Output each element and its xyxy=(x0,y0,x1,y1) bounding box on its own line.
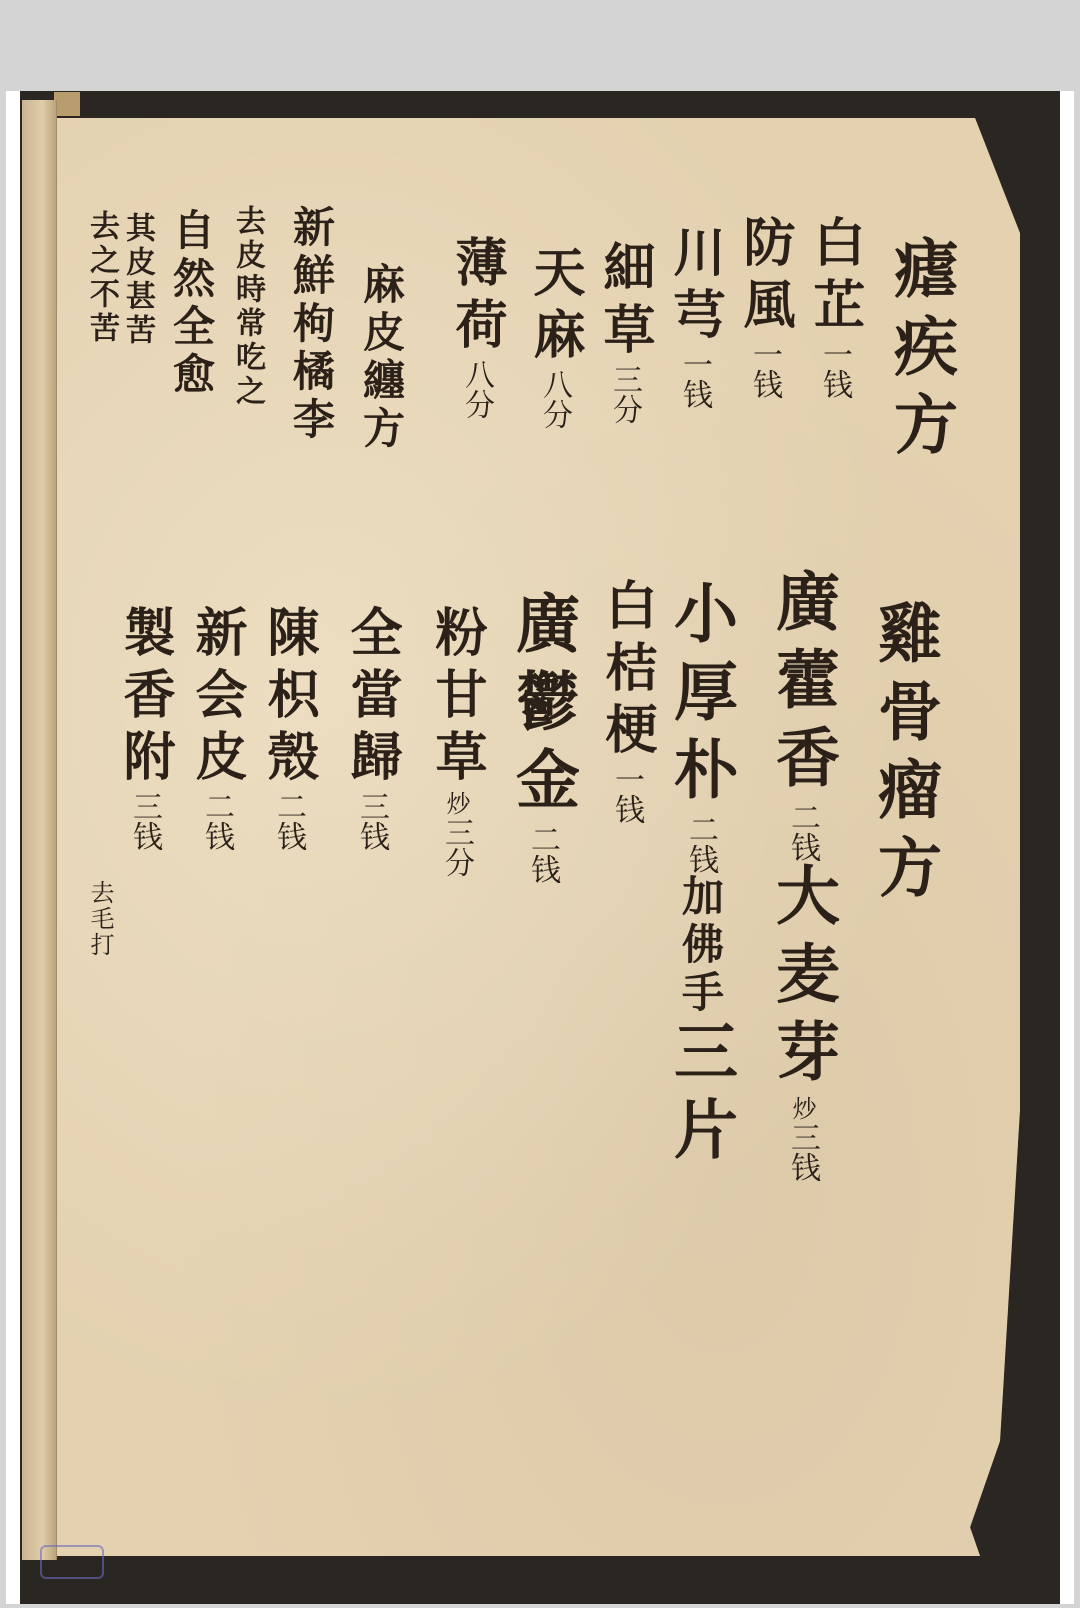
herb-name: 小厚朴 xyxy=(663,580,738,814)
herb-dose: 二钱 xyxy=(199,791,234,851)
herb-extra: 加佛手 xyxy=(676,874,725,1018)
herb-upper-4: 細草三分 xyxy=(598,240,650,424)
herb-dose: 一钱 xyxy=(747,339,782,399)
herb-upper-2: 防風一钱 xyxy=(738,215,790,399)
herb-dose: 三钱 xyxy=(127,791,162,851)
herb-dose: 一钱 xyxy=(677,349,712,409)
herb-dose: 三钱 xyxy=(354,791,389,851)
herb-dose: 二钱 xyxy=(683,814,718,874)
herb-name: 川芎 xyxy=(664,225,725,349)
herb-name: 廣藿香 xyxy=(765,568,840,802)
herb-name: 陳枳殼 xyxy=(258,605,319,791)
herb-name: 製香附 xyxy=(114,605,175,791)
herb-note: 炒 xyxy=(442,791,470,817)
herb-lower-5: 粉甘草炒三分 xyxy=(430,605,482,877)
herb-name: 新会皮 xyxy=(186,605,247,791)
section-title-malaria: 瘧疾方 xyxy=(888,235,952,469)
herb-lower-6: 全當歸三钱 xyxy=(345,605,397,851)
herb-note: 炒 xyxy=(788,1096,816,1122)
binding-tab xyxy=(54,92,80,116)
herb-name: 粉甘草 xyxy=(426,605,487,791)
herb-lower-2: 小厚朴二钱加佛手三片 xyxy=(668,580,732,1174)
herb-dose: 二钱 xyxy=(271,791,306,851)
section-title-hemp: 麻皮纏方 xyxy=(360,262,402,454)
herb-upper-3: 川芎一钱 xyxy=(668,225,720,409)
section-title-chicken-bone: 雞骨瘤方 xyxy=(872,600,936,912)
herb-name: 細草 xyxy=(594,240,655,364)
herb-lower-8: 新会皮二钱 xyxy=(190,605,242,851)
instruction-line-5: 去之不苦 xyxy=(86,210,116,346)
herb-dose: 八分 xyxy=(537,369,572,429)
herb-name: 天麻 xyxy=(524,245,585,369)
instruction-line-1: 新鮮枸橘李 xyxy=(290,205,332,445)
herb-dose: 二钱 xyxy=(785,802,820,862)
herb-dose: 一钱 xyxy=(609,764,644,824)
herb-name: 廣鬱金 xyxy=(505,590,580,824)
herb-name: 防風 xyxy=(734,215,795,339)
herb-lower-7: 陳枳殼二钱 xyxy=(262,605,314,851)
herb-lower-3: 白桔梗一钱 xyxy=(600,578,652,824)
instruction-line-4: 其皮甚苦 xyxy=(122,212,152,348)
herb-extra-dose: 三钱 xyxy=(785,1122,820,1182)
herb-dose: 八分 xyxy=(459,359,494,419)
instruction-line-2: 去皮時常吃之 xyxy=(232,205,262,409)
herb-lower-1: 廣藿香二钱大麦芽炒三钱 xyxy=(770,568,834,1182)
herb-lower-9-note: 去毛打 xyxy=(88,880,112,958)
herb-extra: 大麦芽 xyxy=(765,862,840,1096)
herb-lower-9: 製香附三钱 xyxy=(118,605,170,851)
herb-extra-dose: 三片 xyxy=(663,1018,738,1174)
herb-lower-4: 廣鬱金二钱 xyxy=(510,590,574,884)
herb-name: 全當歸 xyxy=(341,605,402,791)
herb-dose: 三分 xyxy=(439,817,474,877)
herb-upper-5: 天麻八分 xyxy=(528,245,580,429)
herb-upper-6: 薄荷八分 xyxy=(450,235,502,419)
herb-name: 白芷 xyxy=(804,215,865,339)
herb-dose: 三分 xyxy=(607,364,642,424)
book-spine xyxy=(22,100,57,1560)
herb-dose: 二钱 xyxy=(525,824,560,884)
herb-name: 薄荷 xyxy=(446,235,507,359)
herb-upper-1: 白芷一钱 xyxy=(808,215,860,399)
library-stamp xyxy=(40,1545,104,1579)
instruction-line-3: 自然全愈 xyxy=(170,208,212,400)
herb-dose: 一钱 xyxy=(817,339,852,399)
herb-name: 白桔梗 xyxy=(596,578,657,764)
